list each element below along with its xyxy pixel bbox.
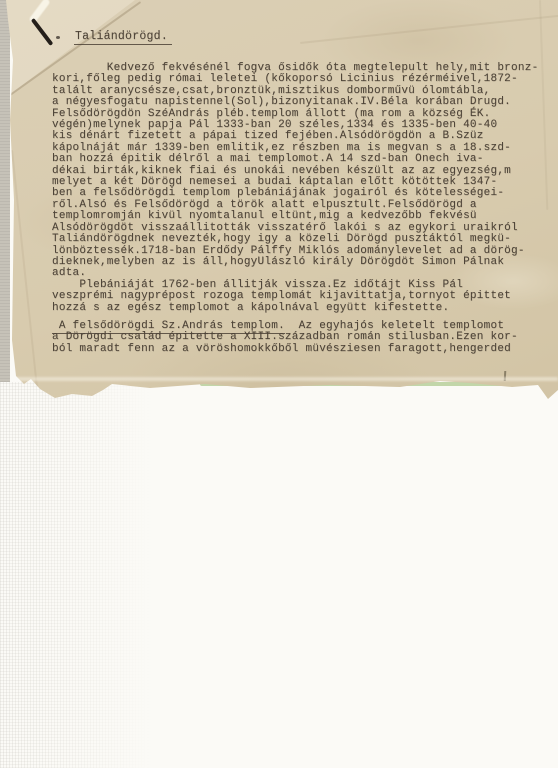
document-title: Taliándörögd. xyxy=(74,30,172,45)
scanned-document: Taliándörögd. Kedvező fekvésénél fogva ő… xyxy=(0,0,558,768)
backing-sheet xyxy=(0,382,558,768)
stray-pen-mark xyxy=(504,371,507,381)
document-paper: Taliándörögd. Kedvező fekvésénél fogva ő… xyxy=(0,0,558,402)
paragraph-3: a Dörögdi család épitette a XIII.századb… xyxy=(52,332,552,355)
paper-crease xyxy=(12,150,40,404)
paragraph-2: Plebániáját 1762-ben állitják vissza.Ez … xyxy=(52,280,552,314)
section-heading-rest: Az egyhajós keletelt templomot xyxy=(285,320,504,332)
scan-left-edge xyxy=(0,0,10,430)
typewritten-text: Taliándörögd. Kedvező fekvésénél fogva ő… xyxy=(52,30,552,355)
paragraph-1: Kedvező fekvésénél fogva ősidők óta megt… xyxy=(52,63,552,280)
